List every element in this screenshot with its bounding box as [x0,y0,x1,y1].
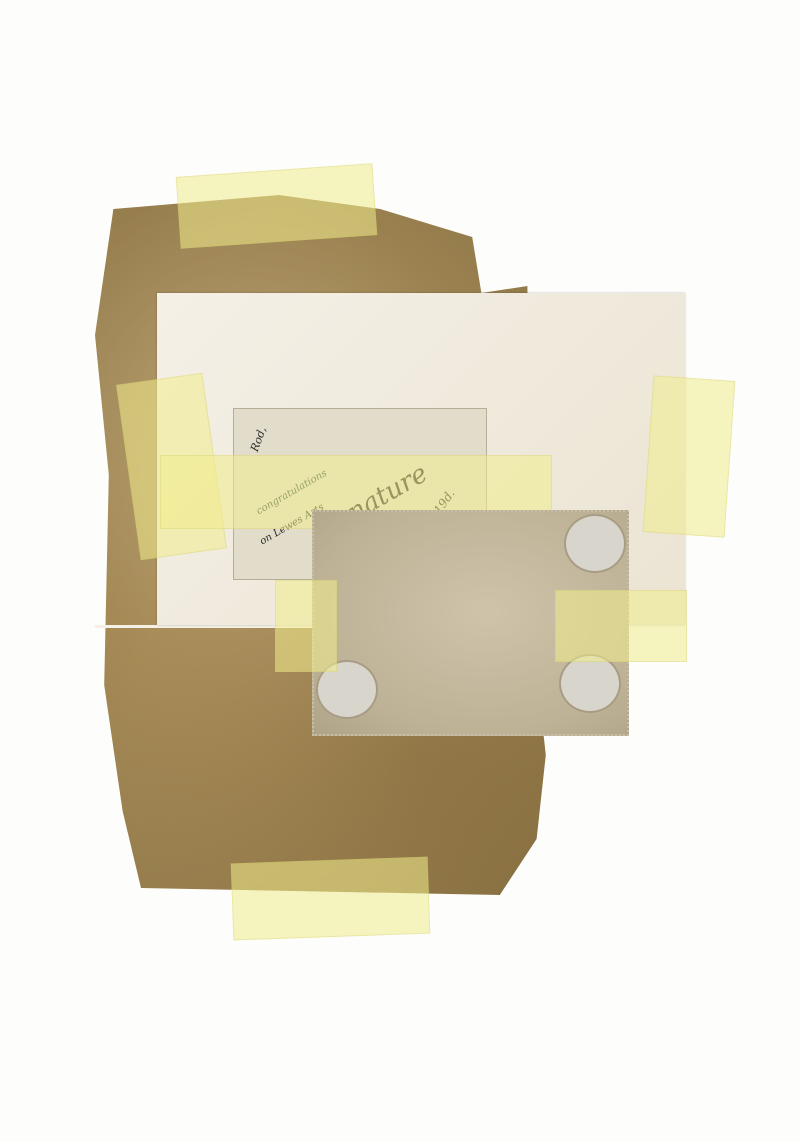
tape-strip [275,580,337,672]
tape-strip-bottom [231,857,431,941]
tape-strip-top [176,163,378,249]
handwriting-line: Rod, [248,425,269,453]
glue-spot [564,514,626,573]
tape-strip [555,590,687,662]
glue-spot [559,654,621,713]
tape-strip-right [643,375,736,537]
